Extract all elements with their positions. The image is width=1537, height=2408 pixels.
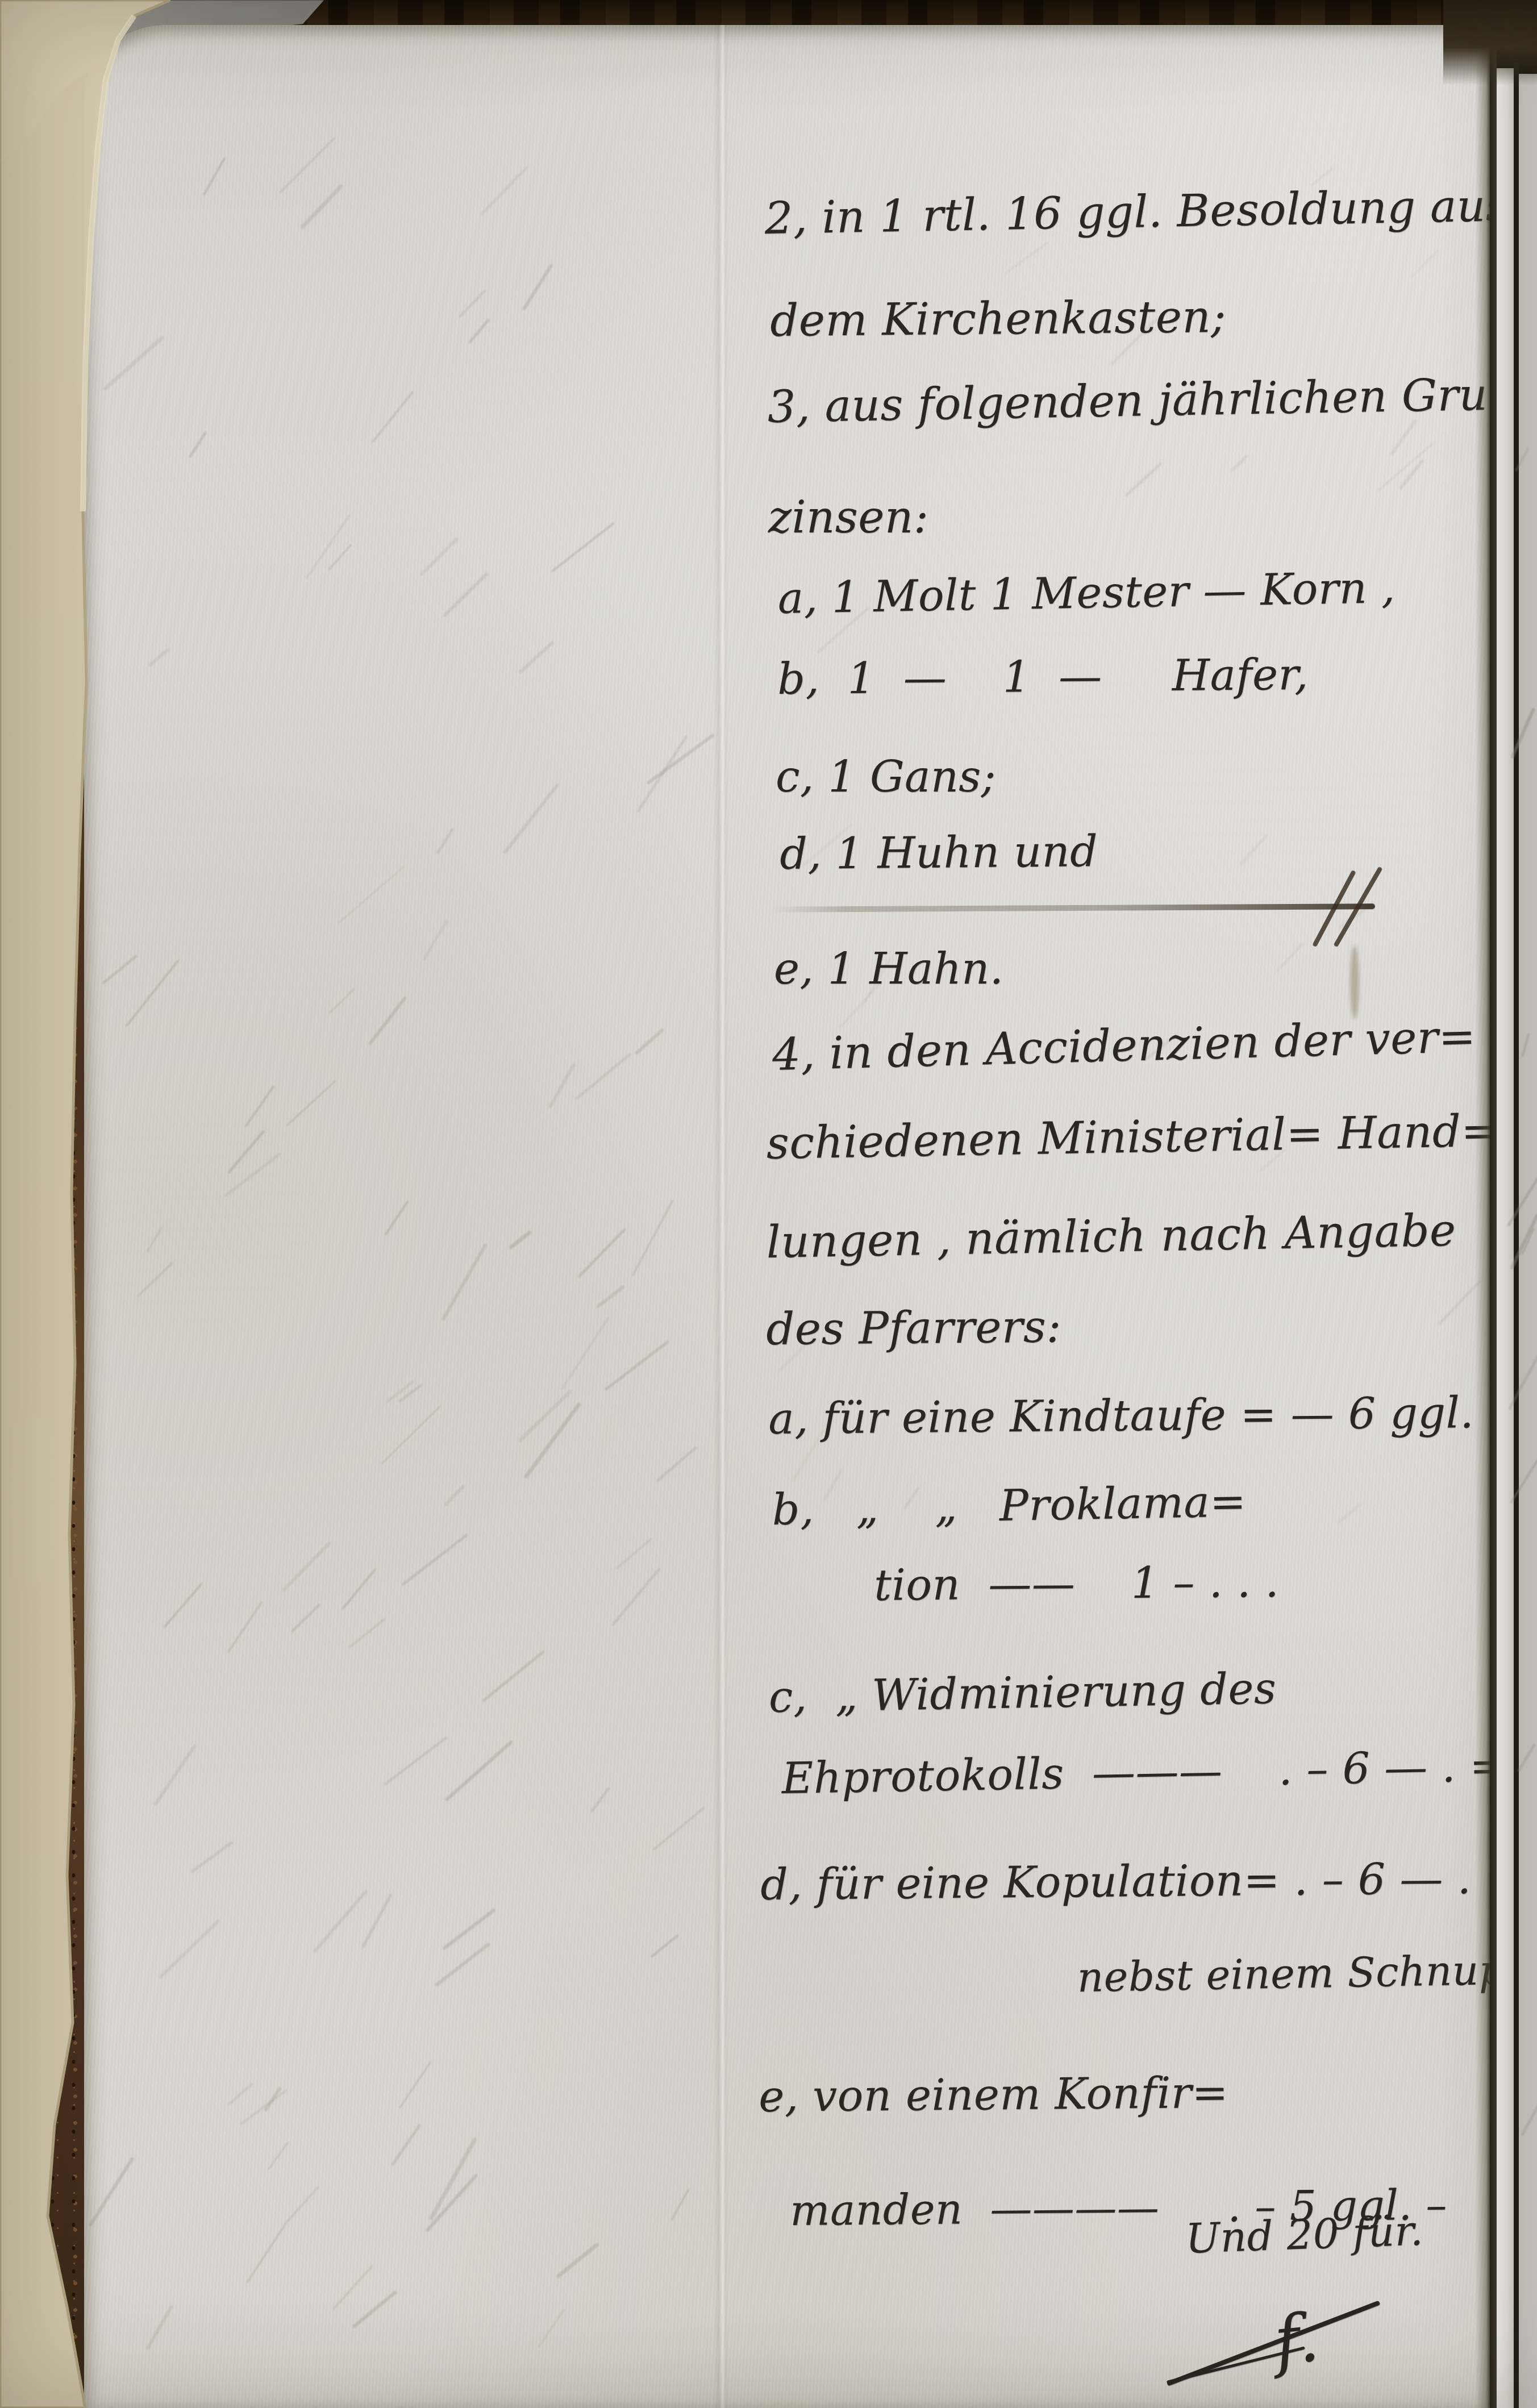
manuscript-line: 4, in den Accidenzien der ver= (772, 1011, 1476, 1081)
manuscript-line: c, „ Widminierung des (768, 1663, 1277, 1722)
manuscript-scan: 2, in 1 rtl. 16 ggl. Besoldung ausdem Ki… (0, 0, 1537, 2408)
manuscript-line: dem Kirchenkasten; (770, 291, 1226, 347)
manuscript-line: c, 1 Gans; (776, 751, 996, 802)
manuscript-line: e, 1 Hahn. (774, 943, 1003, 994)
manuscript-line: nebst einem Schnupftuch. (1077, 1944, 1537, 2001)
manuscript-line: tion —— 1 – . . . (874, 1556, 1279, 1610)
page-gap (1514, 63, 1519, 2408)
manuscript-line: 2, in 1 rtl. 16 ggl. Besoldung aus (764, 180, 1509, 244)
manuscript-line: Und 20 für. (1185, 2206, 1424, 2263)
neighbor-page-edge (1519, 74, 1537, 2408)
manuscript-line: b, 1 — 1 — Hafer, (777, 649, 1309, 704)
manuscript-line: Ehprotokolls ——— . – 6 — . = (781, 1740, 1506, 1803)
ghost-stroke (1517, 1743, 1536, 1772)
manuscript-line: d, 1 Huhn und (780, 826, 1098, 879)
page-curl-shadow (1475, 23, 1491, 2408)
manuscript-line: b, „ „ Proklama= (772, 1476, 1247, 1535)
manuscript-text: 2, in 1 rtl. 16 ggl. Besoldung ausdem Ki… (84, 25, 1490, 2408)
manuscript-line: des Pfarrers: (766, 1301, 1061, 1355)
manuscript-line: 3, aus folgenden jährlichen Grund= (767, 368, 1537, 433)
ghost-stroke (1521, 2101, 1537, 2136)
ink-drip-stain (1350, 945, 1359, 1019)
manuscript-page: 2, in 1 rtl. 16 ggl. Besoldung ausdem Ki… (84, 25, 1490, 2408)
manuscript-line: lungen , nämlich nach Angabe (766, 1205, 1456, 1268)
manuscript-line: e, von einem Konfir= (759, 2067, 1228, 2122)
manuscript-line: a, 1 Molt 1 Mester — Korn , (777, 562, 1396, 623)
next-page-sliver (1497, 68, 1514, 2408)
manuscript-line: zinsen: (768, 492, 928, 543)
manuscript-line: schiedenen Ministerial= Hand= (766, 1106, 1499, 1169)
ghost-stroke (1521, 1034, 1530, 1057)
top-right-shadow (1443, 0, 1537, 85)
manuscript-line: a, für eine Kindtaufe = — 6 ggl. – (768, 1387, 1510, 1444)
torn-page-edges (0, 0, 170, 2408)
ghost-stroke (1521, 1227, 1535, 1255)
page-gap (1490, 20, 1497, 2408)
manuscript-line: d, für eine Kopulation= . – 6 — . = (760, 1852, 1522, 1910)
